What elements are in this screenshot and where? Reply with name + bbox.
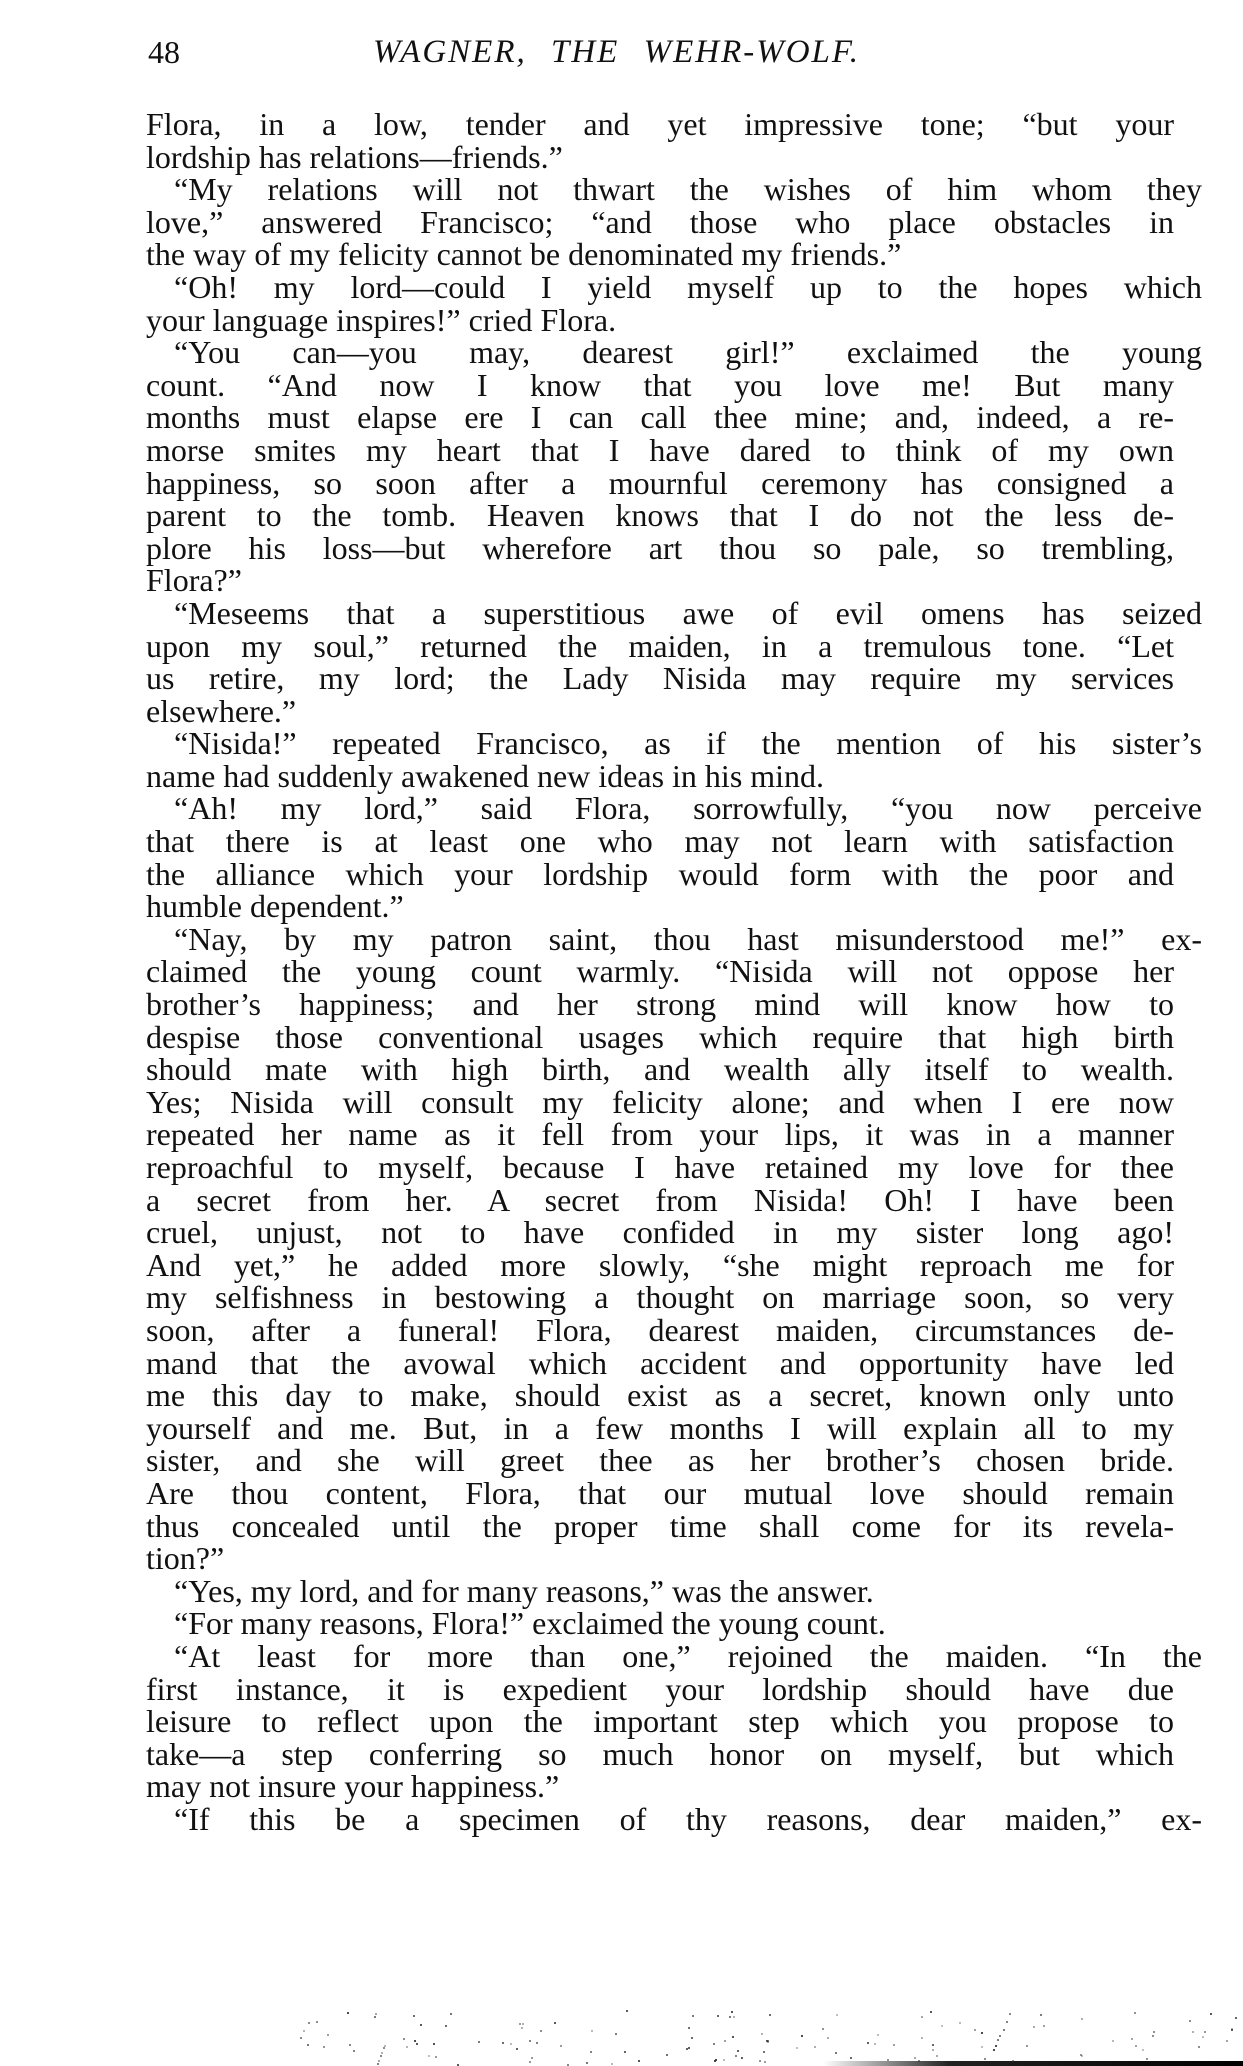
scan-speck	[327, 2034, 329, 2036]
text-line: the alliance which your lordship would f…	[146, 858, 1174, 891]
scan-speck	[801, 2035, 803, 2037]
scan-speck	[1235, 2017, 1237, 2019]
scan-speck	[347, 2012, 349, 2014]
scan-speck	[560, 2045, 562, 2047]
scan-speck	[874, 2043, 876, 2045]
scan-speck	[761, 2033, 763, 2035]
scan-speck	[936, 2055, 938, 2057]
scan-speck	[378, 2060, 380, 2062]
scan-speck	[735, 2055, 737, 2057]
scan-speck	[308, 2022, 310, 2024]
text-line: months must elapse ere I can call thee m…	[146, 401, 1174, 434]
text-line: “Yes, my lord, and for many reasons,” wa…	[146, 1575, 1202, 1608]
scan-speck	[445, 2025, 447, 2027]
scan-speck	[732, 2036, 734, 2038]
scan-speck	[384, 2045, 386, 2047]
text-line: leisure to reflect upon the important st…	[146, 1705, 1174, 1738]
text-line: parent to the tomb. Heaven knows that I …	[146, 499, 1174, 532]
scan-speck	[626, 2010, 628, 2012]
text-line: cruel, unjust, not to have confided in m…	[146, 1216, 1174, 1249]
text-line: “Nay, by my patron saint, thou hast misu…	[146, 923, 1202, 956]
text-line: first instance, it is expedient your lor…	[146, 1673, 1174, 1706]
scan-speck	[510, 2043, 512, 2045]
scan-speck	[303, 2030, 305, 2032]
scan-speck	[531, 2057, 533, 2059]
scan-speck	[414, 2040, 416, 2042]
text-line: tion?”	[146, 1542, 1174, 1575]
scan-speck	[435, 2056, 437, 2058]
scan-speck	[717, 2015, 719, 2017]
scan-speck	[769, 2014, 771, 2016]
scan-speck	[353, 2050, 355, 2052]
scan-speck	[995, 2045, 997, 2047]
scan-speck	[1204, 2031, 1206, 2033]
scan-speck	[822, 2028, 824, 2030]
scan-speck	[1026, 2045, 1028, 2047]
text-line: yourself and me. But, in a few months I …	[146, 1412, 1174, 1445]
text-line: should mate with high birth, and wealth …	[146, 1053, 1174, 1086]
scan-speck	[914, 2057, 916, 2059]
scan-speck	[1040, 2014, 1042, 2016]
text-line: my selfishness in bestowing a thought on…	[146, 1281, 1174, 1314]
text-line: a secret from her. A secret from Nisida!…	[146, 1184, 1174, 1217]
scan-speck	[918, 2060, 920, 2062]
scan-speck	[941, 2025, 943, 2027]
scan-speck	[974, 2029, 976, 2031]
scan-speck	[1226, 2040, 1228, 2042]
scan-speck	[1080, 2054, 1082, 2056]
scan-speck	[1135, 2045, 1137, 2047]
text-line: me this day to make, should exist as a s…	[146, 1379, 1174, 1412]
scan-speck	[814, 2046, 816, 2048]
scan-speck	[921, 2037, 923, 2039]
text-line: elsewhere.”	[146, 695, 1174, 728]
scan-speck	[1231, 2028, 1233, 2030]
scan-speck	[1112, 2040, 1114, 2042]
text-line: happiness, so soon after a mournful cere…	[146, 467, 1174, 500]
scan-speck	[586, 2062, 588, 2064]
scan-speck	[723, 2059, 725, 2061]
scan-speck	[1081, 2018, 1083, 2020]
scan-speck	[1210, 2013, 1212, 2015]
scan-speck	[713, 2043, 715, 2045]
text-line: may not insure your happiness.”	[146, 1770, 1174, 1803]
scan-speck	[932, 2044, 934, 2046]
scan-speck	[591, 2030, 593, 2032]
text-line: “Ah! my lord,” said Flora, sorrowfully, …	[146, 792, 1202, 825]
scan-speck	[1006, 2021, 1008, 2023]
text-line: despise those conventional usages which …	[146, 1021, 1174, 1054]
text-line: “If this be a specimen of thy reasons, d…	[146, 1803, 1202, 1836]
scan-speck	[887, 2059, 889, 2061]
scan-speck	[759, 2060, 761, 2062]
text-line: count. “And now I know that you love me!…	[146, 369, 1174, 402]
scan-speck	[1043, 2025, 1045, 2027]
scan-speck	[1146, 2058, 1148, 2060]
scan-speck	[611, 2063, 613, 2065]
scan-speck	[519, 2023, 521, 2025]
scan-speck	[516, 2048, 518, 2050]
scan-speck	[377, 2063, 379, 2065]
scan-speck	[692, 2015, 694, 2017]
scan-speck	[375, 2013, 377, 2015]
text-line: your language inspires!” cried Flora.	[146, 304, 1174, 337]
scan-speck	[540, 2030, 542, 2032]
scan-speck	[406, 2046, 408, 2048]
scan-speck	[724, 2040, 726, 2042]
scan-speck	[1152, 2035, 1154, 2037]
scan-speck	[300, 2037, 302, 2039]
scan-speck	[433, 2043, 435, 2045]
text-line: thus concealed until the proper time sha…	[146, 1510, 1174, 1543]
text-line: upon my soul,” returned the maiden, in a…	[146, 630, 1174, 663]
scan-speck	[1131, 2038, 1133, 2040]
scan-speck	[1003, 2029, 1005, 2031]
scan-speck	[1153, 2031, 1155, 2033]
text-line: And yet,” he added more slowly, “she mig…	[146, 1249, 1174, 1282]
scan-speck	[413, 2015, 415, 2017]
text-line: mand that the avowal which accident and …	[146, 1347, 1174, 1380]
scan-speck	[731, 2011, 733, 2013]
scan-speck	[416, 2043, 418, 2045]
text-line: love,” answered Francisco; “and those wh…	[146, 206, 1174, 239]
scan-speck	[1134, 2012, 1136, 2014]
text-line: “At least for more than one,” rejoined t…	[146, 1640, 1202, 1673]
scan-speck	[590, 2051, 592, 2053]
text-line: brother’s happiness; and her strong mind…	[146, 988, 1174, 1021]
scan-speck	[666, 2054, 668, 2056]
scan-speck	[1012, 2060, 1014, 2062]
scan-speck	[984, 2058, 986, 2060]
scan-speck	[380, 2055, 382, 2057]
text-line: soon, after a funeral! Flora, dearest ma…	[146, 1314, 1174, 1347]
scan-speck	[529, 2040, 531, 2042]
running-title: WAGNER, THE WEHR-WOLF.	[373, 30, 860, 74]
text-line: repeated her name as it fell from your l…	[146, 1118, 1174, 1151]
scan-speck	[997, 2039, 999, 2041]
scan-speck	[554, 2022, 556, 2024]
scan-speck	[959, 2022, 961, 2024]
scan-speck	[981, 2032, 983, 2034]
text-line: claimed the young count warmly. “Nisida …	[146, 955, 1174, 988]
scan-speck	[615, 2033, 617, 2035]
scan-speck	[1198, 2046, 1200, 2048]
scan-speck	[999, 2035, 1001, 2037]
scan-speck	[850, 2057, 852, 2059]
scan-noise	[0, 2006, 1243, 2066]
scan-speck	[827, 2037, 829, 2039]
scan-speck	[502, 2042, 504, 2044]
scan-speck	[767, 2040, 769, 2042]
scan-speck	[383, 2047, 385, 2049]
scan-speck	[536, 2042, 538, 2044]
text-line: “Nisida!” repeated Francisco, as if the …	[146, 727, 1202, 760]
page-number: 48	[148, 30, 180, 74]
text-line: “For many reasons, Flora!” exclaimed the…	[146, 1607, 1202, 1640]
scan-speck	[796, 2047, 798, 2049]
scan-speck	[420, 2024, 422, 2026]
scan-speck	[374, 2016, 376, 2018]
text-line: “You can—you may, dearest girl!” exclaim…	[146, 336, 1202, 369]
text-line: “Oh! my lord—could I yield myself up to …	[146, 271, 1202, 304]
scan-speck	[521, 2027, 523, 2029]
body-text: Flora, in a low, tender and yet impressi…	[146, 108, 1174, 1835]
scan-speck	[1009, 2013, 1011, 2015]
scan-speck	[624, 2051, 626, 2053]
scan-speck	[930, 2011, 932, 2013]
scan-speck	[893, 2044, 895, 2046]
scan-speck	[323, 2046, 325, 2048]
scan-speck	[714, 2060, 716, 2062]
scan-speck	[877, 2034, 879, 2036]
scan-speck	[932, 2049, 934, 2051]
scan-speck	[478, 2041, 480, 2043]
text-line: plore his loss—but wherefore art thou so…	[146, 532, 1174, 565]
text-line: us retire, my lord; the Lady Nisida may …	[146, 662, 1174, 695]
scan-speck	[737, 2050, 739, 2052]
text-line: Are thou content, Flora, that our mutual…	[146, 1477, 1174, 1510]
scan-speck	[733, 2016, 735, 2018]
scan-speck	[1033, 2026, 1035, 2028]
scan-speck	[450, 2013, 452, 2015]
scan-speck	[741, 2057, 743, 2059]
text-line: lordship has relations—friends.”	[146, 141, 1174, 174]
text-line: the way of my felicity cannot be denomin…	[146, 238, 1174, 271]
scan-speck	[764, 2061, 766, 2063]
scan-speck	[638, 2060, 640, 2062]
text-line: name had suddenly awakened new ideas in …	[146, 760, 1174, 793]
text-line: Yes; Nisida will consult my felicity alo…	[146, 1086, 1174, 1119]
scan-speck	[349, 2044, 351, 2046]
text-line: morse smites my heart that I have dared …	[146, 434, 1174, 467]
scan-speck	[428, 2055, 430, 2057]
scan-speck	[529, 2061, 531, 2063]
scan-speck	[522, 2023, 524, 2025]
scan-speck	[688, 2027, 690, 2029]
text-line: take—a step conferring so much honor on …	[146, 1738, 1174, 1771]
scan-speck	[867, 2042, 869, 2044]
text-line: “Meseems that a superstitious awe of evi…	[146, 597, 1202, 630]
scan-speck	[835, 2052, 837, 2054]
scan-speck	[316, 2021, 318, 2023]
scan-speck	[381, 2052, 383, 2054]
scan-edge-shadow	[823, 2061, 1243, 2066]
scan-speck	[836, 2014, 838, 2016]
text-line: “My relations will not thwart the wishes…	[146, 173, 1202, 206]
text-line: reproachful to myself, because I have re…	[146, 1151, 1174, 1184]
scan-speck	[921, 2016, 923, 2018]
scan-speck	[307, 2044, 309, 2046]
scan-speck	[1192, 2031, 1194, 2033]
scan-speck	[1142, 2049, 1144, 2051]
text-line: Flora?”	[146, 564, 1174, 597]
page-header: 48 WAGNER, THE WEHR-WOLF.	[148, 30, 1178, 74]
scan-speck	[691, 2037, 693, 2039]
text-line: that there is at least one who may not l…	[146, 825, 1174, 858]
text-line: humble dependent.”	[146, 890, 1174, 923]
scan-speck	[403, 2038, 405, 2040]
scan-speck	[993, 2049, 995, 2051]
text-line: Flora, in a low, tender and yet impressi…	[146, 108, 1174, 141]
scan-speck	[1189, 2020, 1191, 2022]
scan-speck	[763, 2051, 765, 2053]
scan-speck	[981, 2046, 983, 2048]
scan-speck	[688, 2047, 690, 2049]
scan-speck	[1202, 2036, 1204, 2038]
scan-speck	[729, 2016, 731, 2018]
text-line: sister, and she will greet thee as her b…	[146, 1444, 1174, 1477]
